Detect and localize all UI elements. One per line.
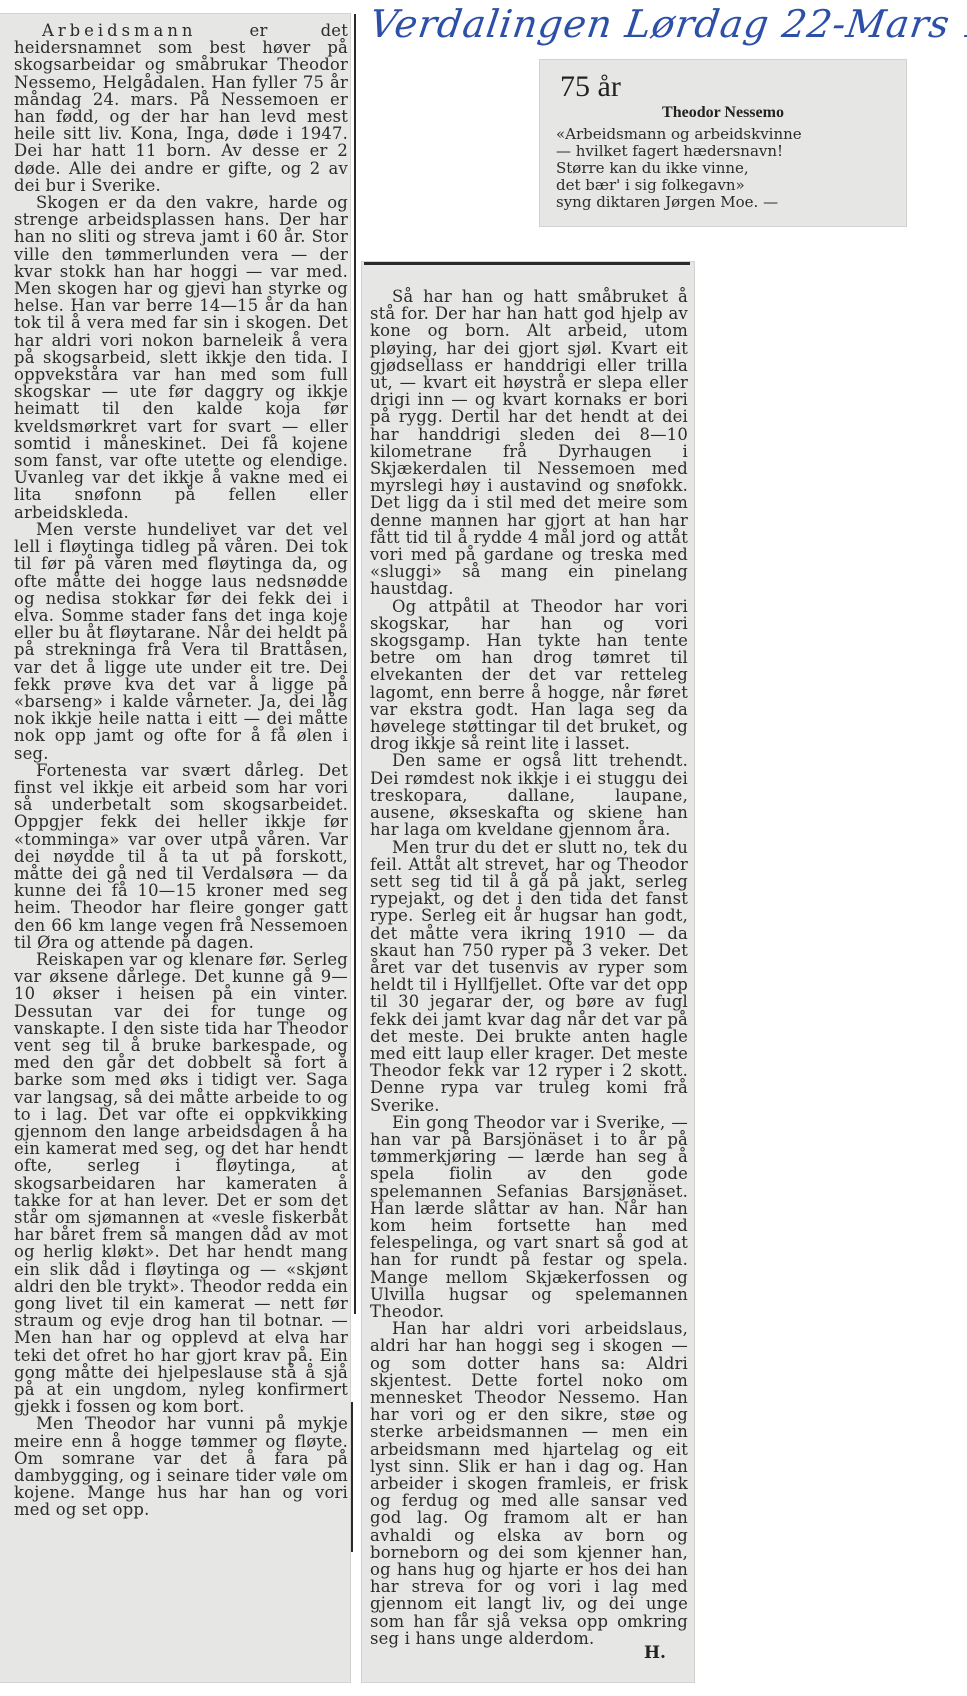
headline-name: Theodor Nessemo: [540, 104, 906, 122]
poem-line: syng diktaren Jørgen Moe. —: [556, 194, 896, 211]
article-left-column: Arbeidsmann er det heidersnamnet som bes…: [14, 22, 348, 1519]
handwritten-date-note: Verdalingen Lørdag 22-Mars 1952: [367, 2, 967, 46]
poem-line: Større kan du ikke vinne,: [556, 160, 896, 177]
poem-line: det bær' i sig folkegavn»: [556, 177, 896, 194]
article-paragraph: Fortenesta var svært dårleg. Det finst v…: [14, 762, 348, 951]
article-paragraph: Arbeidsmann er det heidersnamnet som bes…: [14, 22, 348, 194]
article-paragraph: Men Theodor har vunni på mykje meire enn…: [14, 1415, 348, 1518]
article-paragraph: Skogen er da den vakre, harde og strenge…: [14, 194, 348, 521]
article-paragraph: Han har aldri vori arbeidslaus, aldri ha…: [370, 1320, 688, 1647]
section-top-rule: [364, 262, 690, 265]
article-paragraph: Reiskapen var og klenare før. Serleg var…: [14, 951, 348, 1415]
article-right-column: Så har han og hatt småbruket å stå for. …: [370, 288, 688, 1647]
article-paragraph: Ein gong Theodor var i Sverike, — han va…: [370, 1114, 688, 1320]
lead-word: Arbeidsmann: [42, 21, 196, 40]
article-paragraph: Og attpåtil at Theodor har vori skogskar…: [370, 598, 688, 753]
article-paragraph: Men verste hundelivet var det vel lell i…: [14, 521, 348, 762]
article-paragraph: Så har han og hatt småbruket å stå for. …: [370, 288, 688, 598]
author-signature: H.: [644, 1643, 666, 1663]
poem-line: — hvilket fagert hædersnavn!: [556, 143, 896, 160]
poem-line: «Arbeidsmann og arbeidskvinne: [556, 126, 896, 143]
article-paragraph: Men trur du det er slutt no, tek du feil…: [370, 839, 688, 1114]
column-divider-lower: [351, 1402, 353, 1552]
article-paragraph: Den same er også litt trehendt. Dei rømd…: [370, 752, 688, 838]
poem-quote: «Arbeidsmann og arbeidskvinne — hvilket …: [556, 126, 896, 211]
headline-title: 75 år: [560, 70, 621, 104]
column-divider-upper: [354, 14, 356, 1314]
